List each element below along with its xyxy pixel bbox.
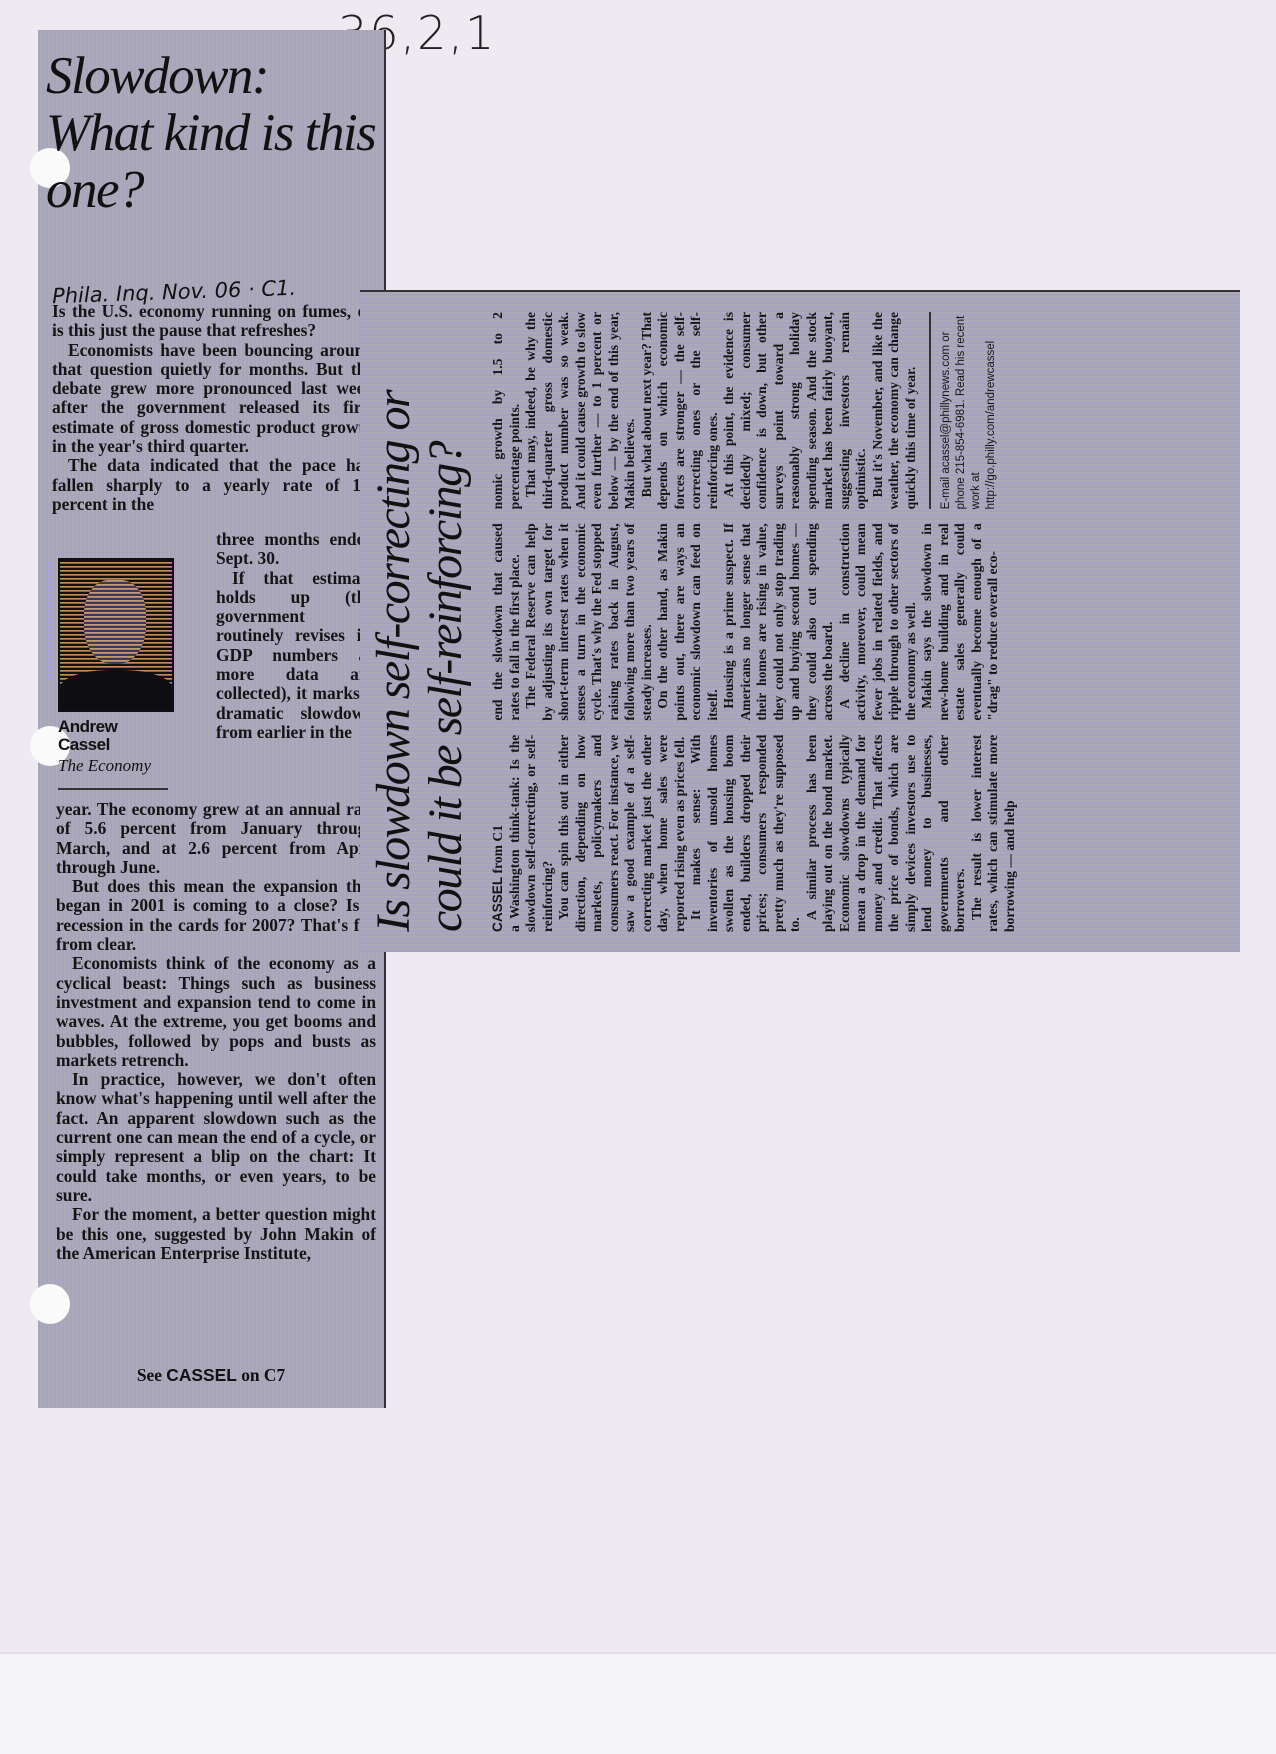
- author-contact: E-mail acassel@phillynews.com or phone 2…: [939, 312, 999, 509]
- right-newspaper-clipping-rotated: Is slowdown self-correcting or could it …: [360, 290, 1240, 952]
- paragraph: If that estimate holds up (the governmen…: [216, 569, 374, 743]
- paragraph: Housing is a prime suspect. If Americans…: [721, 523, 837, 720]
- scanner-bottom-band: [0, 1652, 1276, 1754]
- paragraph: end the slowdown that caused rates to fa…: [490, 523, 523, 720]
- paragraph: The result is lower interest rates, whic…: [969, 735, 1019, 932]
- paragraph: Economists think of the economy as a cyc…: [56, 954, 376, 1070]
- paragraph: At this point, the evidence is decidedly…: [721, 312, 870, 509]
- author-face: [84, 580, 146, 664]
- article-body-beside-photo: three months ended Sept. 30. If that est…: [216, 530, 374, 742]
- byline-name: Andrew Cassel: [58, 718, 117, 754]
- byline-divider: [58, 788, 168, 790]
- article-body-bottom: year. The economy grew at an annual rate…: [56, 800, 376, 1263]
- paragraph: But it's November, and like the weather,…: [870, 312, 920, 509]
- author-shoulders: [60, 670, 172, 710]
- left-newspaper-clipping: Slowdown: What kind is this one? Phila. …: [38, 30, 386, 1408]
- paragraph: But does this mean the expansion that be…: [56, 877, 376, 954]
- rotated-content: Is slowdown self-correcting or could it …: [360, 292, 1240, 952]
- paragraph: CASSEL from C1: [490, 735, 507, 932]
- jump-reference: See CASSEL on C7: [38, 1365, 384, 1386]
- paragraph: Economists have been bouncing around tha…: [52, 341, 374, 457]
- signoff-divider: [929, 312, 931, 509]
- paragraph: You can spin this out in either directio…: [556, 735, 688, 932]
- paragraph: three months ended Sept. 30.: [216, 530, 374, 569]
- paragraph: In practice, however, we don't often kno…: [56, 1070, 376, 1205]
- continuation-headline: Is slowdown self-correcting or could it …: [368, 312, 472, 932]
- continuation-body: CASSEL from C1 a Washington think-tank: …: [490, 312, 1230, 932]
- article-headline: Slowdown: What kind is this one?: [46, 48, 376, 219]
- paragraph: nomic growth by 1.5 to 2 percentage poin…: [490, 312, 523, 509]
- author-photo: [58, 558, 174, 712]
- paragraph: On the other hand, as Makin points out, …: [655, 523, 721, 720]
- paragraph: For the moment, a better question might …: [56, 1205, 376, 1263]
- paragraph: year. The economy grew at an annual rate…: [56, 800, 376, 877]
- paragraph: The Federal Reserve can help by adjustin…: [523, 523, 655, 720]
- paragraph: That may, indeed, be why the third-quart…: [523, 312, 639, 509]
- paragraph: Is the U.S. economy running on fumes, or…: [52, 302, 374, 341]
- paragraph: A similar process has been playing out o…: [804, 735, 969, 932]
- column-2: end the slowdown that caused rates to fa…: [490, 523, 1230, 720]
- byline-beat: The Economy: [58, 756, 151, 776]
- paragraph: A decline in construction activity, more…: [837, 523, 920, 720]
- paragraph: a Washington think-tank: Is the slowdown…: [507, 735, 557, 932]
- paragraph: Makin says the slowdown in new-home buil…: [919, 523, 1002, 720]
- column-1: CASSEL from C1 a Washington think-tank: …: [490, 735, 1230, 932]
- paragraph: It makes sense: With inventories of unso…: [688, 735, 804, 932]
- column-3: nomic growth by 1.5 to 2 percentage poin…: [490, 312, 1230, 509]
- paragraph: The data indicated that the pace had fal…: [52, 456, 374, 514]
- article-body-top: Is the U.S. economy running on fumes, or…: [52, 302, 374, 514]
- punch-hole: [30, 1284, 70, 1324]
- paragraph: But what about next year? That depends o…: [639, 312, 722, 509]
